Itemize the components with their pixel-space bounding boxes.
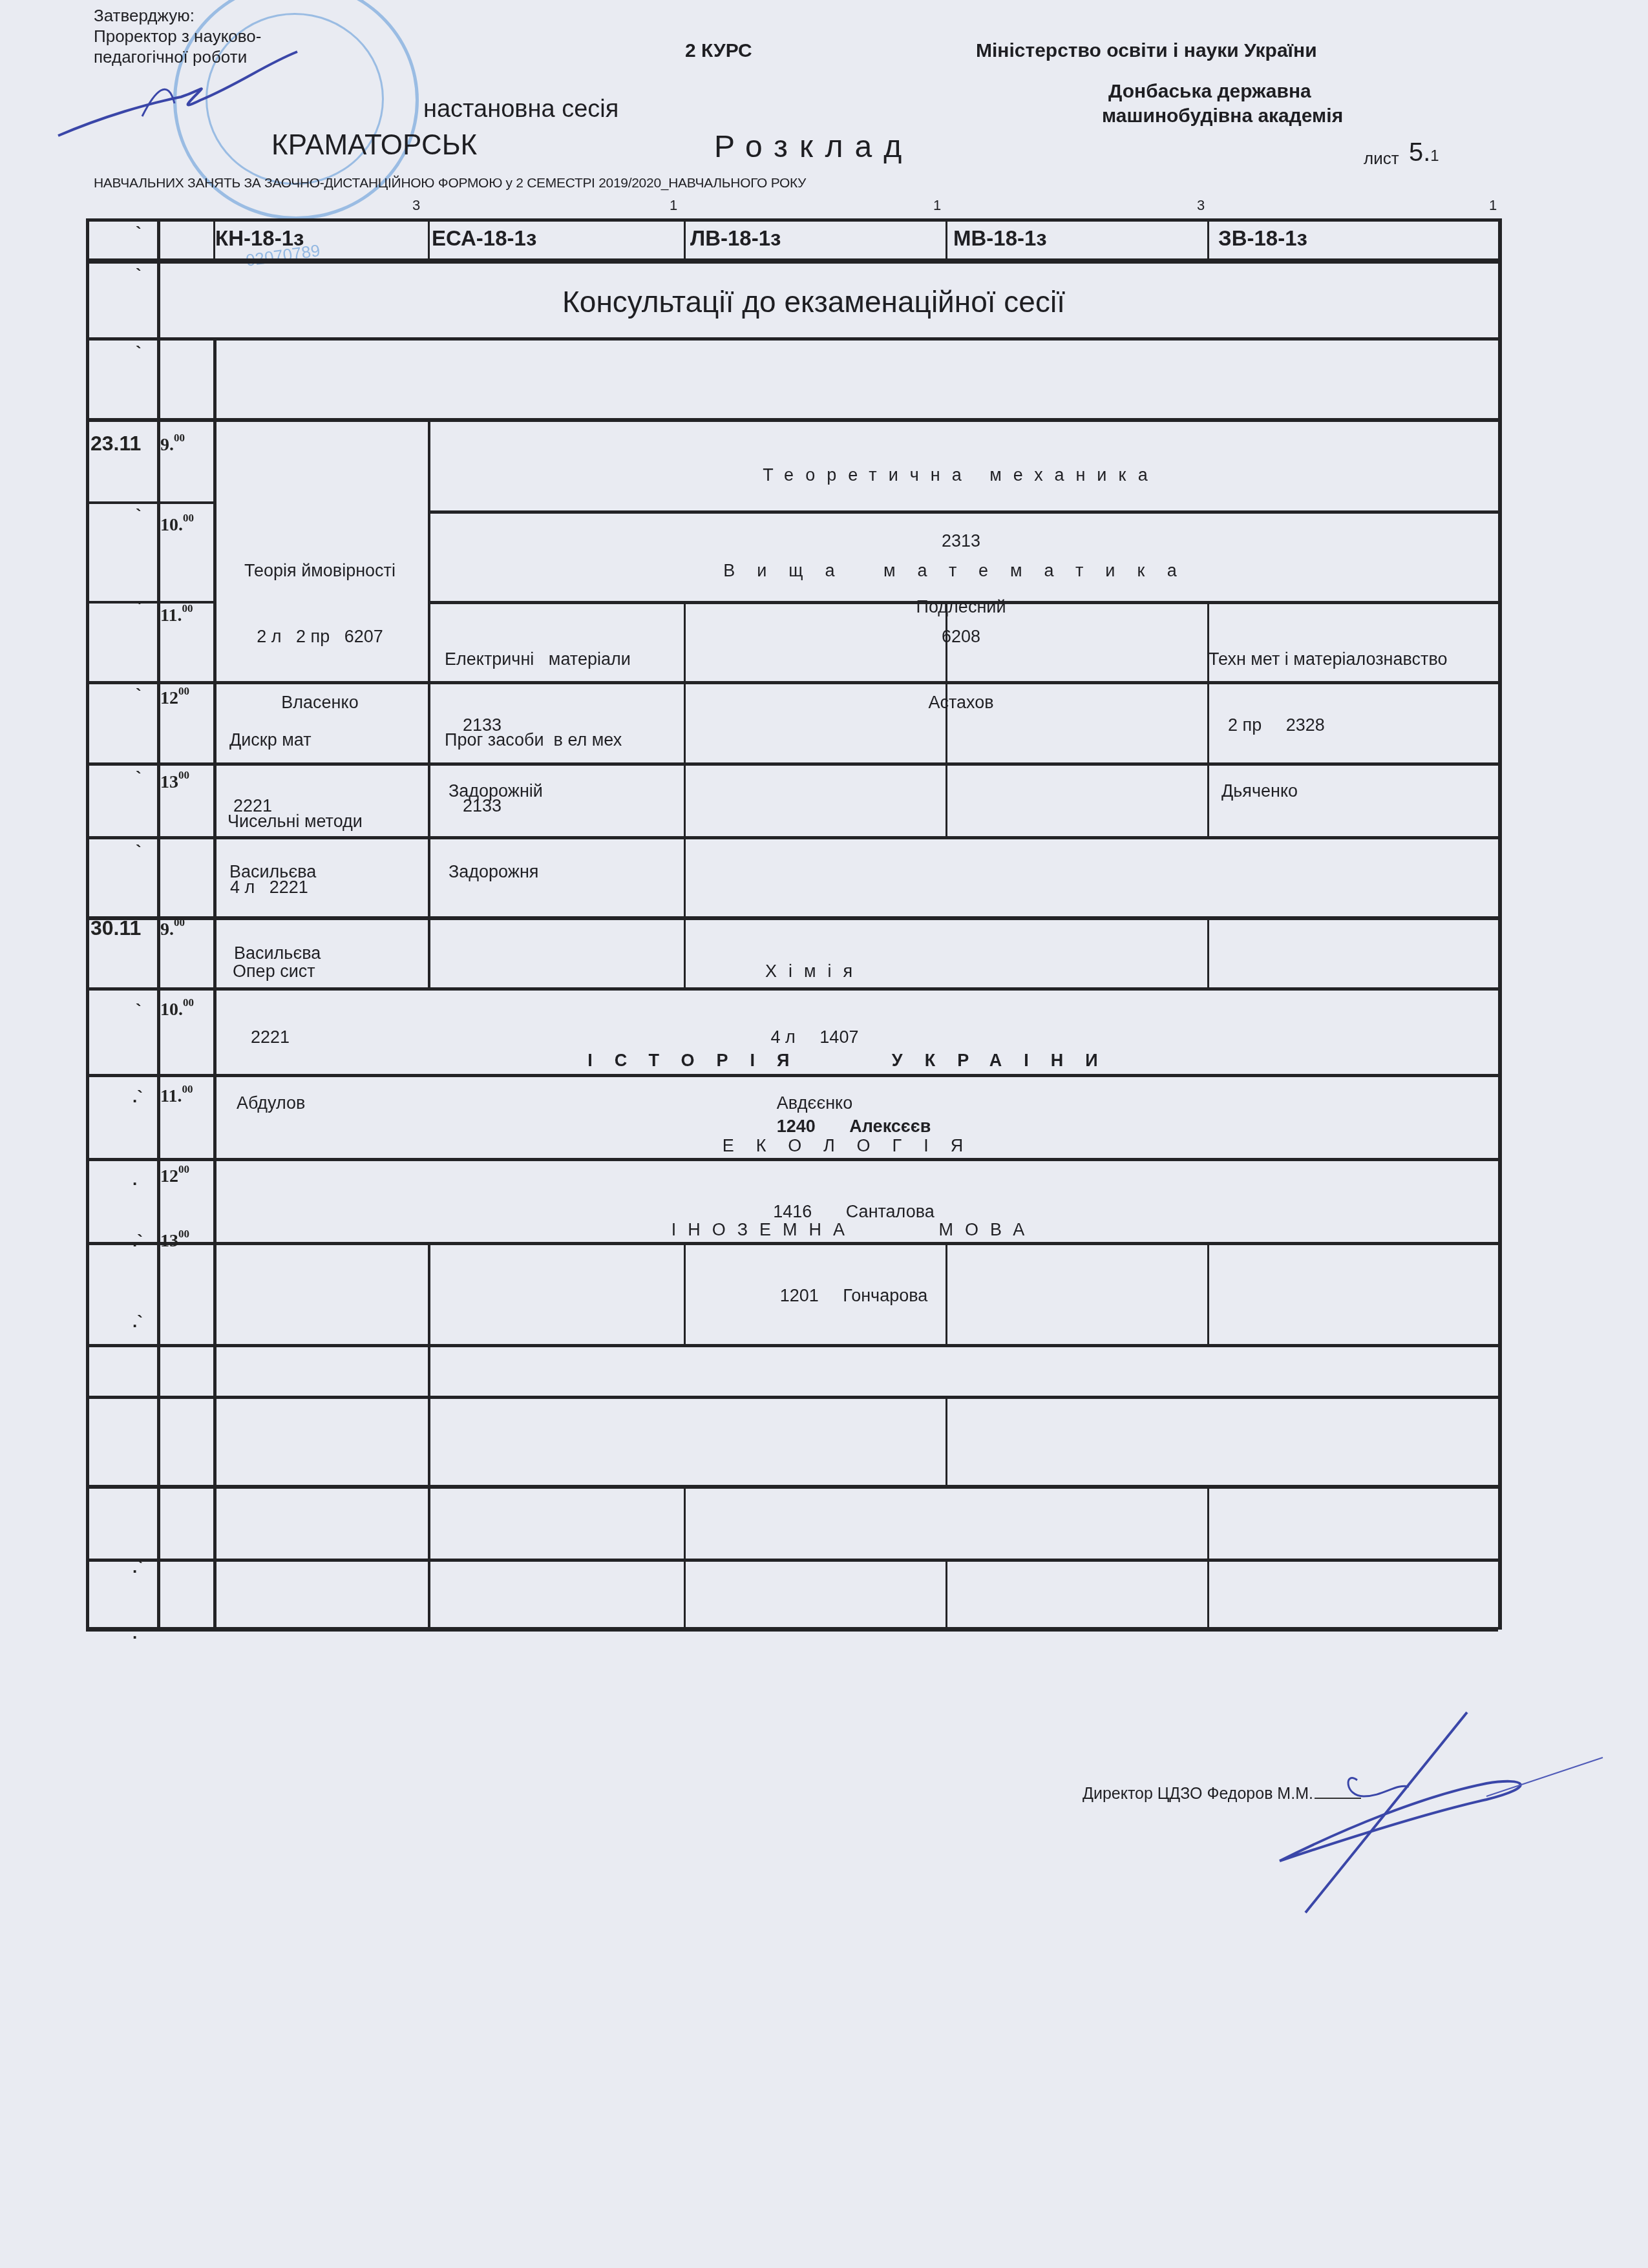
- section-title: Консультації до екзаменаційної сесії: [562, 284, 1065, 319]
- tick-mark: `: [136, 598, 142, 618]
- column-count-zv: 1: [1489, 197, 1497, 214]
- class-cell-tekhn-met: Техн мет і матеріалознавство 2 пр 2328 Д…: [1209, 604, 1448, 824]
- grid-line-v: [86, 218, 89, 1630]
- subject-name: Чисельні методи: [227, 810, 363, 832]
- time-slot: 10.00: [160, 512, 194, 536]
- tick-mark: `: [136, 265, 142, 285]
- room-number: 2133: [445, 795, 622, 817]
- subject-name: Вища математика: [428, 560, 1494, 582]
- subject-name: Теорія ймовірності: [213, 560, 427, 582]
- grid-line-h: [86, 337, 1498, 341]
- time-slot: 1300: [160, 769, 189, 793]
- approval-label: Затверджую:: [94, 5, 195, 26]
- director-signature: [1125, 1706, 1616, 1919]
- class-details: 4 л 2221: [227, 876, 363, 898]
- class-details: 2 пр 2328: [1209, 714, 1448, 736]
- grid-line-h: [86, 1396, 1498, 1399]
- grid-line-h: [86, 1485, 1498, 1489]
- sheet-number-sub: 1: [1430, 147, 1439, 165]
- group-header-mv: МВ-18-1з: [953, 226, 1047, 251]
- subject-name: Дискр мат: [229, 729, 316, 751]
- grid-line-v: [428, 218, 430, 258]
- time-slot: 9.00: [160, 432, 185, 456]
- time-slot: 1200: [160, 685, 189, 709]
- day-date: 23.11: [90, 432, 141, 456]
- time-slot: 9.00: [160, 916, 185, 940]
- tick-mark: `: [136, 223, 142, 243]
- grid-line-v: [945, 1559, 947, 1627]
- subject-name: Електричні матеріали: [445, 648, 631, 670]
- grid-line-h: [86, 218, 1498, 222]
- group-header-esa: ЕСА-18-1з: [432, 226, 536, 251]
- session-type: настановна сесія: [423, 96, 618, 123]
- grid-line-v: [945, 218, 947, 258]
- subject-name: ІСТОРІЯ УКРАІНИ: [213, 1049, 1494, 1071]
- tick-mark: .: [132, 1623, 137, 1643]
- column-count-mv: 3: [1197, 197, 1205, 214]
- subject-name: Техн мет і матеріалознавство: [1209, 648, 1448, 670]
- time-slot: 1200: [160, 1163, 189, 1187]
- grid-line-h: [86, 601, 213, 604]
- day-date: 30.11: [90, 916, 141, 940]
- subject-name: ІНОЗЕМНА МОВА: [213, 1219, 1494, 1241]
- teacher-name: Дьяченко: [1209, 780, 1448, 802]
- tick-mark: .`: [132, 1087, 143, 1107]
- column-count-lv: 1: [933, 197, 941, 214]
- class-cell-inozemna: ІНОЗЕМНА МОВА 1201 Гончарова: [213, 1175, 1494, 1328]
- academy-name-line1: Донбаська державна: [1108, 81, 1311, 103]
- class-details: 1201 Гончарова: [213, 1285, 1494, 1307]
- tick-mark: `: [136, 841, 142, 861]
- time-slot: 11.00: [160, 602, 193, 626]
- grid-line-v: [428, 916, 430, 987]
- grid-line-h: [86, 1627, 1498, 1632]
- class-details: 2 л 2 пр 6207: [213, 625, 427, 647]
- teacher-name: Задорожня: [445, 861, 622, 883]
- tick-mark: `: [136, 768, 142, 788]
- grid-line-v: [684, 218, 686, 258]
- sheet-label: лист: [1364, 149, 1399, 169]
- approval-signature: [52, 39, 310, 142]
- grid-line-v: [1207, 218, 1209, 258]
- grid-line-h: [86, 1344, 1498, 1347]
- tick-mark: .`: [132, 1557, 143, 1577]
- subject-name: Прог засоби в ел мех: [445, 729, 622, 751]
- course-label: 2 КУРС: [685, 40, 752, 62]
- grid-line-v: [945, 1396, 947, 1485]
- time-slot: 10.00: [160, 996, 194, 1020]
- time-slot: 11.00: [160, 1083, 193, 1107]
- ministry-name: Міністерство освіти і науки України: [976, 40, 1317, 62]
- grid-line-v: [1207, 1485, 1209, 1627]
- tick-mark: `: [136, 342, 142, 362]
- column-count-kn: 3: [412, 197, 420, 214]
- document-title: Розклад: [714, 129, 913, 165]
- class-cell-prog-zasoby: Прог засоби в ел мех 2133 Задорожня: [445, 685, 622, 905]
- tick-mark: `: [136, 1000, 142, 1020]
- tick-mark: `: [136, 685, 142, 705]
- city-name: КРАМАТОРСЬК: [271, 129, 477, 162]
- subject-name: Теоретична механика: [428, 464, 1494, 486]
- tick-mark: `: [136, 505, 142, 525]
- grid-line-v: [684, 1485, 686, 1627]
- subject-name: Опер сист: [233, 960, 315, 982]
- group-header-zv: ЗВ-18-1з: [1218, 226, 1307, 251]
- grid-line-h: [86, 501, 213, 504]
- grid-line-h: [86, 1559, 1498, 1562]
- time-slot: 1300: [160, 1228, 189, 1252]
- schedule-subtitle: НАВЧАЛЬНИХ ЗАНЯТЬ ЗА ЗАОЧНО-ДИСТАНЦІЙНОЮ…: [94, 176, 806, 191]
- sheet-number: 5.1: [1409, 138, 1439, 167]
- group-header-lv: ЛВ-18-1з: [690, 226, 781, 251]
- subject-name: Хімія: [684, 960, 945, 982]
- sheet-number-main: 5.: [1409, 138, 1430, 167]
- column-count-esa: 1: [670, 197, 677, 214]
- grid-line-v: [1498, 218, 1502, 1630]
- tick-mark: .: [132, 1170, 137, 1190]
- tick-mark: .`: [132, 1231, 143, 1251]
- grid-line-h: [86, 258, 1498, 264]
- tick-mark: .`: [132, 1312, 143, 1332]
- group-header-kn: КН-18-1з: [215, 226, 304, 251]
- grid-line-v: [1207, 916, 1209, 987]
- subject-name: ЕКОЛОГІЯ: [213, 1135, 1494, 1157]
- academy-name-line2: машинобудівна академія: [1102, 105, 1343, 127]
